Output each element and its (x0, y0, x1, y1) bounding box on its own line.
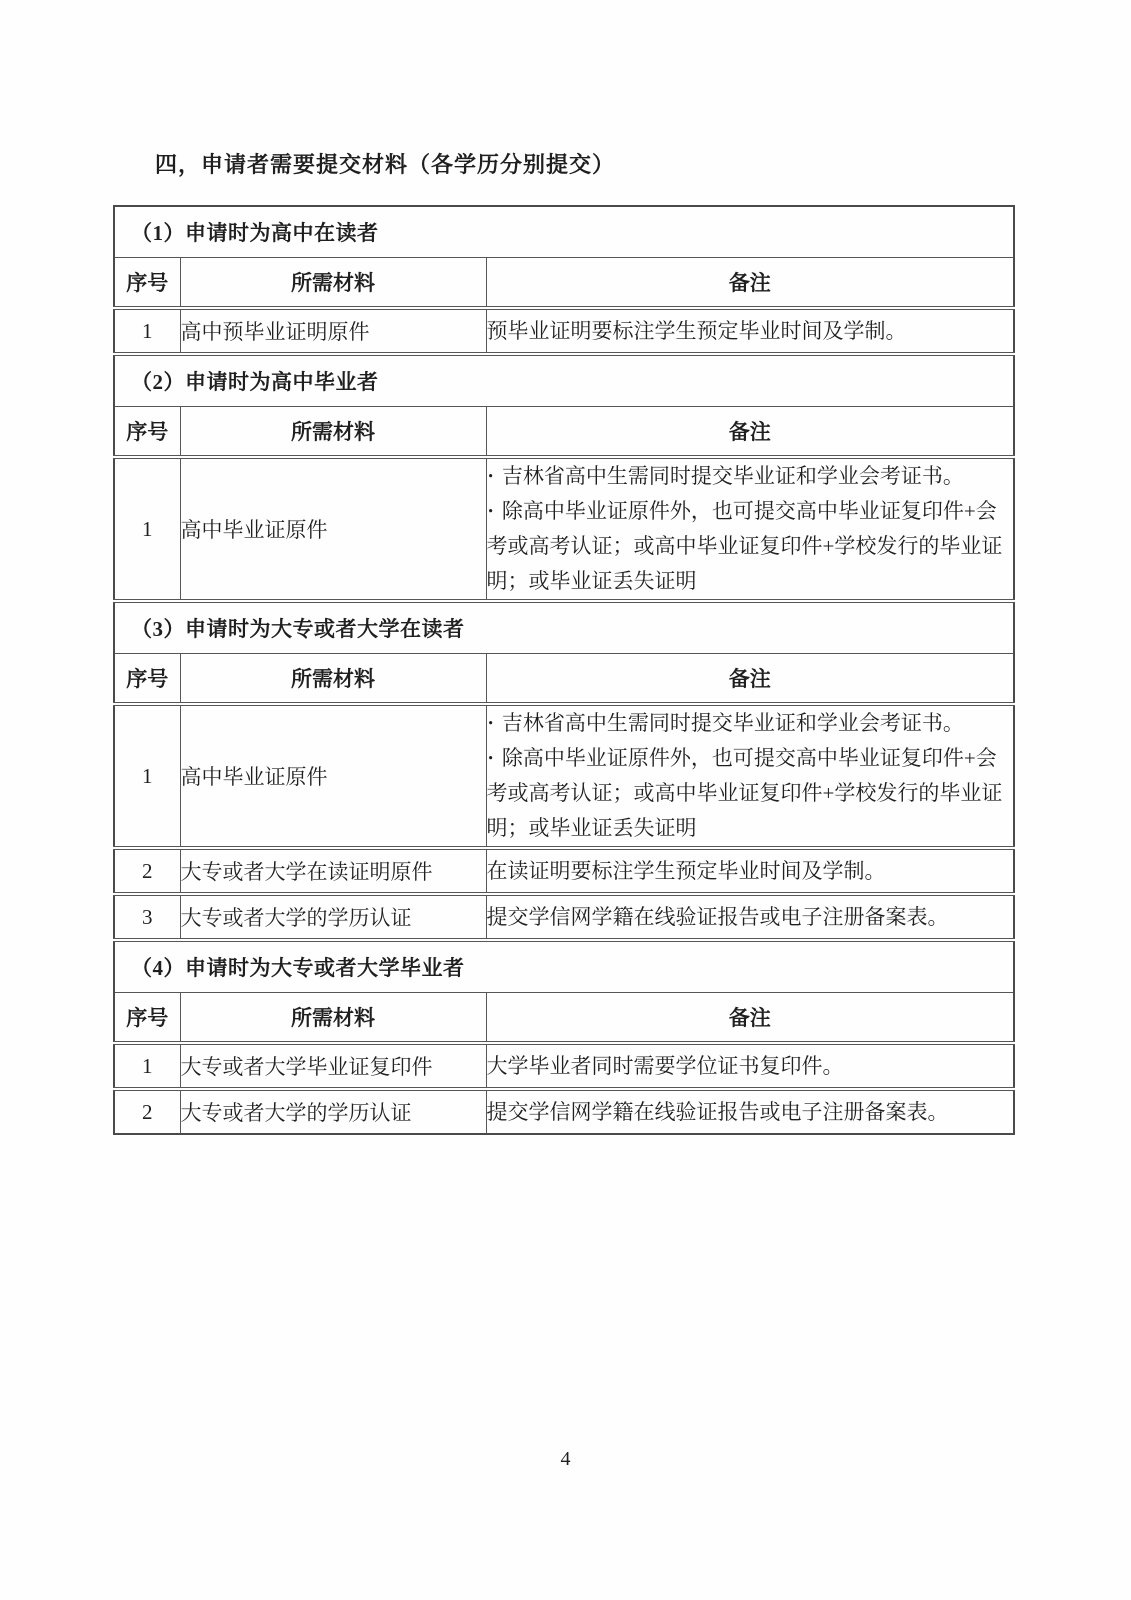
row-number-cell: 2 (114, 1089, 180, 1134)
materials-table-body: （1）申请时为高中在读者序号所需材料备注1高中预毕业证明原件预毕业证明要标注学生… (114, 206, 1014, 1134)
table-row: 2大专或者大学在读证明原件在读证明要标注学生预定毕业时间及学制。 (114, 848, 1014, 894)
remark-line: 提交学信网学籍在线验证报告或电子注册备案表。 (487, 900, 1014, 935)
column-header-cell: 序号 (114, 993, 180, 1044)
remark-cell: 在读证明要标注学生预定毕业时间及学制。 (486, 848, 1014, 894)
section-header-row: （4）申请时为大专或者大学毕业者 (114, 940, 1014, 993)
column-header-row: 序号所需材料备注 (114, 993, 1014, 1044)
column-header-cell: 序号 (114, 654, 180, 705)
remark-cell: 预毕业证明要标注学生预定毕业时间及学制。 (486, 308, 1014, 354)
column-header-cell: 备注 (486, 407, 1014, 458)
table-row: 3大专或者大学的学历认证提交学信网学籍在线验证报告或电子注册备案表。 (114, 894, 1014, 940)
row-number-cell: 1 (114, 457, 180, 601)
remark-line: •除高中毕业证原件外，也可提交高中毕业证复印件+会考或高考认证；或高中毕业证复印… (487, 741, 1014, 846)
remark-text: 吉林省高中生需同时提交毕业证和学业会考证书。 (502, 711, 964, 735)
column-header-cell: 备注 (486, 993, 1014, 1044)
section-label: （2）申请时为高中毕业者 (114, 354, 1014, 407)
column-header-row: 序号所需材料备注 (114, 654, 1014, 705)
remark-line: •吉林省高中生需同时提交毕业证和学业会考证书。 (487, 459, 1014, 494)
bullet-marker: • (488, 712, 493, 735)
material-cell: 大专或者大学的学历认证 (180, 894, 486, 940)
remark-text: 吉林省高中生需同时提交毕业证和学业会考证书。 (502, 464, 964, 488)
bullet-marker: • (488, 500, 493, 523)
remark-cell: 大学毕业者同时需要学位证书复印件。 (486, 1043, 1014, 1089)
remark-text: 除高中毕业证原件外，也可提交高中毕业证复印件+会考或高考认证；或高中毕业证复印件… (487, 499, 1003, 593)
row-number-cell: 1 (114, 704, 180, 848)
remark-line: 在读证明要标注学生预定毕业时间及学制。 (487, 854, 1014, 889)
table-row: 1高中毕业证原件•吉林省高中生需同时提交毕业证和学业会考证书。•除高中毕业证原件… (114, 704, 1014, 848)
table-row: 1高中毕业证原件•吉林省高中生需同时提交毕业证和学业会考证书。•除高中毕业证原件… (114, 457, 1014, 601)
table-row: 2大专或者大学的学历认证提交学信网学籍在线验证报告或电子注册备案表。 (114, 1089, 1014, 1134)
remark-line: 预毕业证明要标注学生预定毕业时间及学制。 (487, 314, 1014, 349)
section-label: （1）申请时为高中在读者 (114, 206, 1014, 258)
document-page: 四，申请者需要提交材料（各学历分别提交） （1）申请时为高中在读者序号所需材料备… (0, 0, 1131, 1600)
remark-text: 除高中毕业证原件外，也可提交高中毕业证复印件+会考或高考认证；或高中毕业证复印件… (487, 746, 1003, 840)
row-number-cell: 3 (114, 894, 180, 940)
column-header-cell: 备注 (486, 654, 1014, 705)
remark-line: 大学毕业者同时需要学位证书复印件。 (487, 1049, 1014, 1084)
row-number-cell: 2 (114, 848, 180, 894)
section-header-row: （2）申请时为高中毕业者 (114, 354, 1014, 407)
material-cell: 高中毕业证原件 (180, 704, 486, 848)
section-label: （4）申请时为大专或者大学毕业者 (114, 940, 1014, 993)
table-row: 1高中预毕业证明原件预毕业证明要标注学生预定毕业时间及学制。 (114, 308, 1014, 354)
remark-line: •吉林省高中生需同时提交毕业证和学业会考证书。 (487, 706, 1014, 741)
page-number: 4 (0, 1448, 1131, 1471)
bullet-marker: • (488, 747, 493, 770)
remark-cell: 提交学信网学籍在线验证报告或电子注册备案表。 (486, 894, 1014, 940)
section-label: （3）申请时为大专或者大学在读者 (114, 601, 1014, 654)
table-row: 1大专或者大学毕业证复印件大学毕业者同时需要学位证书复印件。 (114, 1043, 1014, 1089)
row-number-cell: 1 (114, 308, 180, 354)
column-header-cell: 所需材料 (180, 654, 486, 705)
material-cell: 大专或者大学的学历认证 (180, 1089, 486, 1134)
remark-cell: •吉林省高中生需同时提交毕业证和学业会考证书。•除高中毕业证原件外，也可提交高中… (486, 457, 1014, 601)
remark-cell: •吉林省高中生需同时提交毕业证和学业会考证书。•除高中毕业证原件外，也可提交高中… (486, 704, 1014, 848)
remark-line: •除高中毕业证原件外，也可提交高中毕业证复印件+会考或高考认证；或高中毕业证复印… (487, 494, 1014, 599)
column-header-cell: 所需材料 (180, 258, 486, 309)
material-cell: 高中预毕业证明原件 (180, 308, 486, 354)
column-header-cell: 序号 (114, 407, 180, 458)
column-header-row: 序号所需材料备注 (114, 407, 1014, 458)
column-header-cell: 所需材料 (180, 407, 486, 458)
column-header-cell: 所需材料 (180, 993, 486, 1044)
column-header-cell: 备注 (486, 258, 1014, 309)
materials-table: （1）申请时为高中在读者序号所需材料备注1高中预毕业证明原件预毕业证明要标注学生… (113, 205, 1015, 1135)
column-header-cell: 序号 (114, 258, 180, 309)
page-title: 四，申请者需要提交材料（各学历分别提交） (155, 148, 615, 179)
material-cell: 高中毕业证原件 (180, 457, 486, 601)
row-number-cell: 1 (114, 1043, 180, 1089)
material-cell: 大专或者大学毕业证复印件 (180, 1043, 486, 1089)
section-header-row: （1）申请时为高中在读者 (114, 206, 1014, 258)
section-header-row: （3）申请时为大专或者大学在读者 (114, 601, 1014, 654)
bullet-marker: • (488, 465, 493, 488)
column-header-row: 序号所需材料备注 (114, 258, 1014, 309)
material-cell: 大专或者大学在读证明原件 (180, 848, 486, 894)
remark-cell: 提交学信网学籍在线验证报告或电子注册备案表。 (486, 1089, 1014, 1134)
remark-line: 提交学信网学籍在线验证报告或电子注册备案表。 (487, 1095, 1014, 1130)
